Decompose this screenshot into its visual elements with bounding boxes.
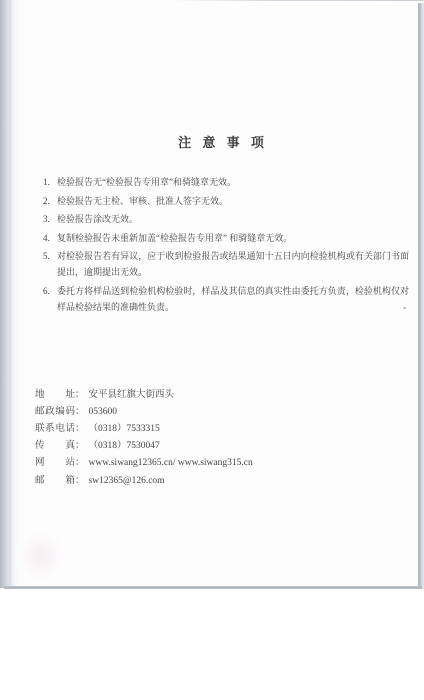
contact-block: 地址：安平县红旗大街西头 邮政编码：053600 联系电话：（0318）7533…	[0, 387, 424, 490]
contact-value: （0318）7530047	[89, 441, 160, 451]
notes-list: 1. 检验报告无“检验报告专用章”和骑缝章无效。 2. 检验报告无主检、审核、批…	[0, 174, 424, 315]
contact-colon: ：	[75, 387, 85, 404]
note-number: 1.	[43, 174, 57, 190]
contact-colon: ：	[75, 473, 85, 490]
contact-value: 053600	[89, 407, 118, 417]
contact-label: 联系电话	[35, 421, 75, 438]
note-item-1: 1. 检验报告无“检验报告专用章”和骑缝章无效。	[43, 174, 410, 190]
contact-value: www.siwang12365.cn/ www.siwang315.cn	[89, 458, 253, 468]
contact-colon: ：	[75, 421, 85, 438]
contact-colon: ：	[75, 438, 85, 455]
contact-website: 网站：www.siwang12365.cn/ www.siwang315.cn	[35, 455, 424, 472]
contact-fax: 传真：（0318）7530047	[35, 438, 424, 455]
contact-label: 地址	[35, 387, 75, 404]
contact-label: 邮政编码	[35, 404, 75, 421]
contact-value: 安平县红旗大街西头	[89, 390, 175, 400]
note-text: 检验报告无主检、审核、批准人签字无效。	[57, 193, 409, 209]
note-text: 复制检验报告未重新加盖“检验报告专用章” 和骑缝章无效。	[57, 230, 409, 246]
screenshot-viewport: 注 意 事 项 1. 检验报告无“检验报告专用章”和骑缝章无效。 2. 检验报告…	[0, 0, 424, 700]
note-text: 检验报告涂改无效。	[57, 211, 409, 227]
note-item-4: 4. 复制检验报告未重新加盖“检验报告专用章” 和骑缝章无效。	[43, 230, 410, 246]
note-text: 对检验报告若有异议，应于收到检验报告或结果通知十五日内向检验机构或有关部门书面提…	[57, 248, 409, 280]
note-item-5: 5. 对检验报告若有异议，应于收到检验报告或结果通知十五日内向检验机构或有关部门…	[43, 248, 410, 280]
note-text: 委托方将样品送到检验机构检验时，样品及其信息的真实性由委托方负责，检验机构仅对样…	[57, 283, 409, 315]
scanned-page: 注 意 事 项 1. 检验报告无“检验报告专用章”和骑缝章无效。 2. 检验报告…	[0, 0, 424, 590]
contact-value: sw12365@126.com	[89, 476, 165, 486]
note-number: 5.	[43, 248, 57, 280]
contact-colon: ：	[75, 455, 85, 472]
note-item-2: 2. 检验报告无主检、审核、批准人签字无效。	[43, 193, 410, 209]
note-number: 4.	[43, 230, 57, 246]
contact-colon: ：	[75, 404, 85, 421]
contact-label: 网站	[35, 455, 75, 472]
contact-label: 邮箱	[35, 473, 75, 490]
page-bottom-edge	[4, 586, 422, 589]
contact-value: （0318）7533315	[89, 424, 160, 434]
page-title: 注 意 事 项	[0, 132, 424, 151]
contact-address: 地址：安平县红旗大街西头	[35, 387, 424, 404]
note-item-6: 6. 委托方将样品送到检验机构检验时，样品及其信息的真实性由委托方负责，检验机构…	[43, 283, 410, 315]
note-number: 6.	[43, 283, 57, 315]
note-number: 2.	[43, 193, 57, 209]
contact-postcode: 邮政编码：053600	[35, 404, 424, 421]
note-number: 3.	[43, 211, 57, 227]
contact-label: 传真	[35, 438, 75, 455]
contact-email: 邮箱：sw12365@126.com	[35, 473, 424, 490]
scan-color-tint	[16, 530, 66, 582]
contact-phone: 联系电话：（0318）7533315	[35, 421, 424, 438]
note-item-3: 3. 检验报告涂改无效。	[43, 211, 410, 227]
document-content: 注 意 事 项 1. 检验报告无“检验报告专用章”和骑缝章无效。 2. 检验报告…	[0, 0, 424, 490]
note-text: 检验报告无“检验报告专用章”和骑缝章无效。	[57, 174, 409, 190]
